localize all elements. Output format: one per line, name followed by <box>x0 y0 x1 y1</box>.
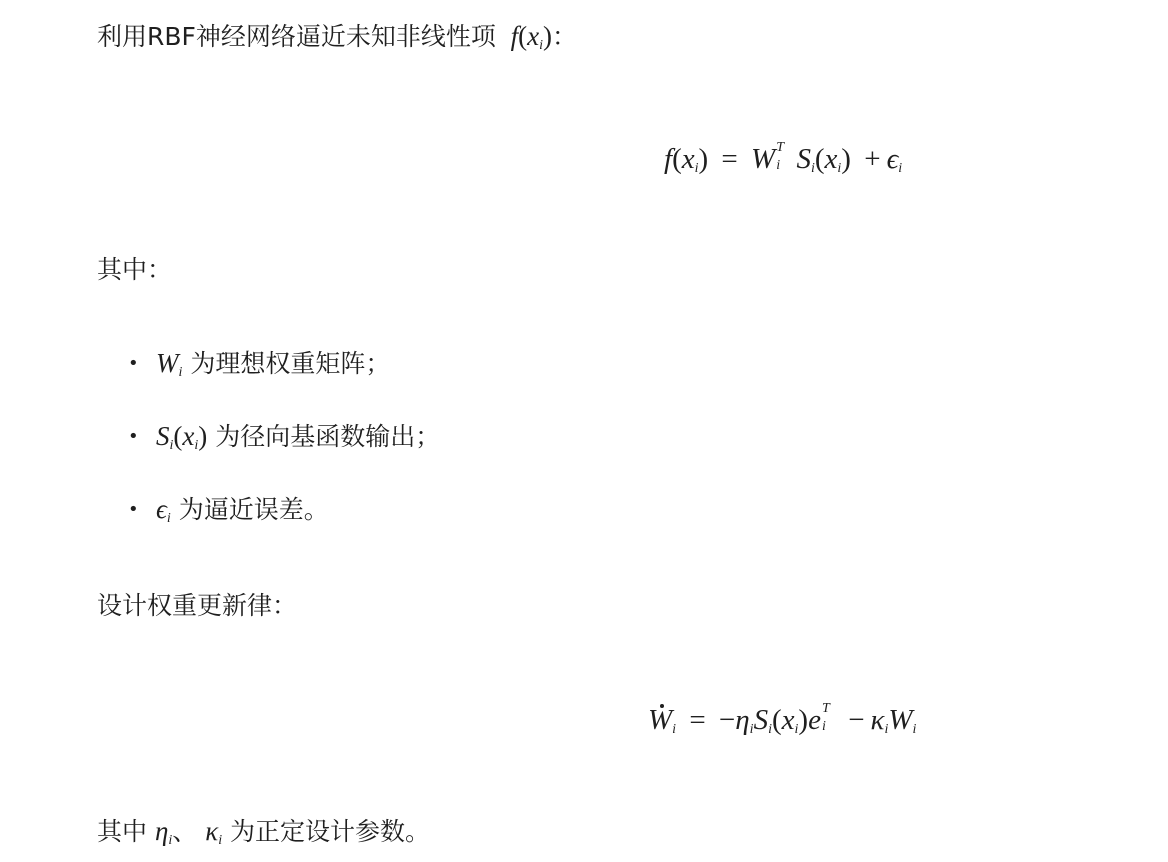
definition-text: 为径向基函数输出； <box>215 422 440 451</box>
intro-text: 利用RBF神经网络逼近未知非线性项 <box>97 22 496 51</box>
symbol-kappa-i: κi <box>205 816 222 846</box>
equation-weight-update-law: Wi = −ηiSi(xi)eTi −κiWi <box>648 704 916 737</box>
where-label: 其中： <box>97 254 172 286</box>
definition-text: 为理想权重矩阵； <box>190 349 390 378</box>
bullet-icon: • <box>128 494 156 526</box>
symbol-eta-i: ηi <box>155 816 172 846</box>
definition-text: 为逼近误差。 <box>179 495 329 524</box>
bullet-icon: • <box>128 421 156 453</box>
bullet-icon: • <box>128 348 156 380</box>
symbol-S-i-x-i: Si(xi) <box>156 421 207 451</box>
intro-colon: ： <box>552 22 577 51</box>
symbol-W-i: Wi <box>156 348 182 378</box>
intro-math-f-xi: f(xi) <box>504 21 552 51</box>
closing-paragraph: 其中 ηi、 κi 为正定设计参数。 <box>97 815 430 848</box>
symbol-epsilon-i: ϵi <box>156 494 171 524</box>
definition-item-weight: •Wi 为理想权重矩阵； <box>128 347 390 380</box>
time-derivative-dot: W <box>648 704 672 737</box>
definition-item-approx-error: •ϵi 为逼近误差。 <box>128 493 329 526</box>
equation-rbf-approximation: f(xi) = WTi Si(xi) +ϵi <box>664 143 902 176</box>
update-law-label: 设计权重更新律： <box>97 590 297 622</box>
definition-item-rbf-output: •Si(xi) 为径向基函数输出； <box>128 420 440 453</box>
intro-paragraph: 利用RBF神经网络逼近未知非线性项 f(xi)： <box>97 20 577 53</box>
